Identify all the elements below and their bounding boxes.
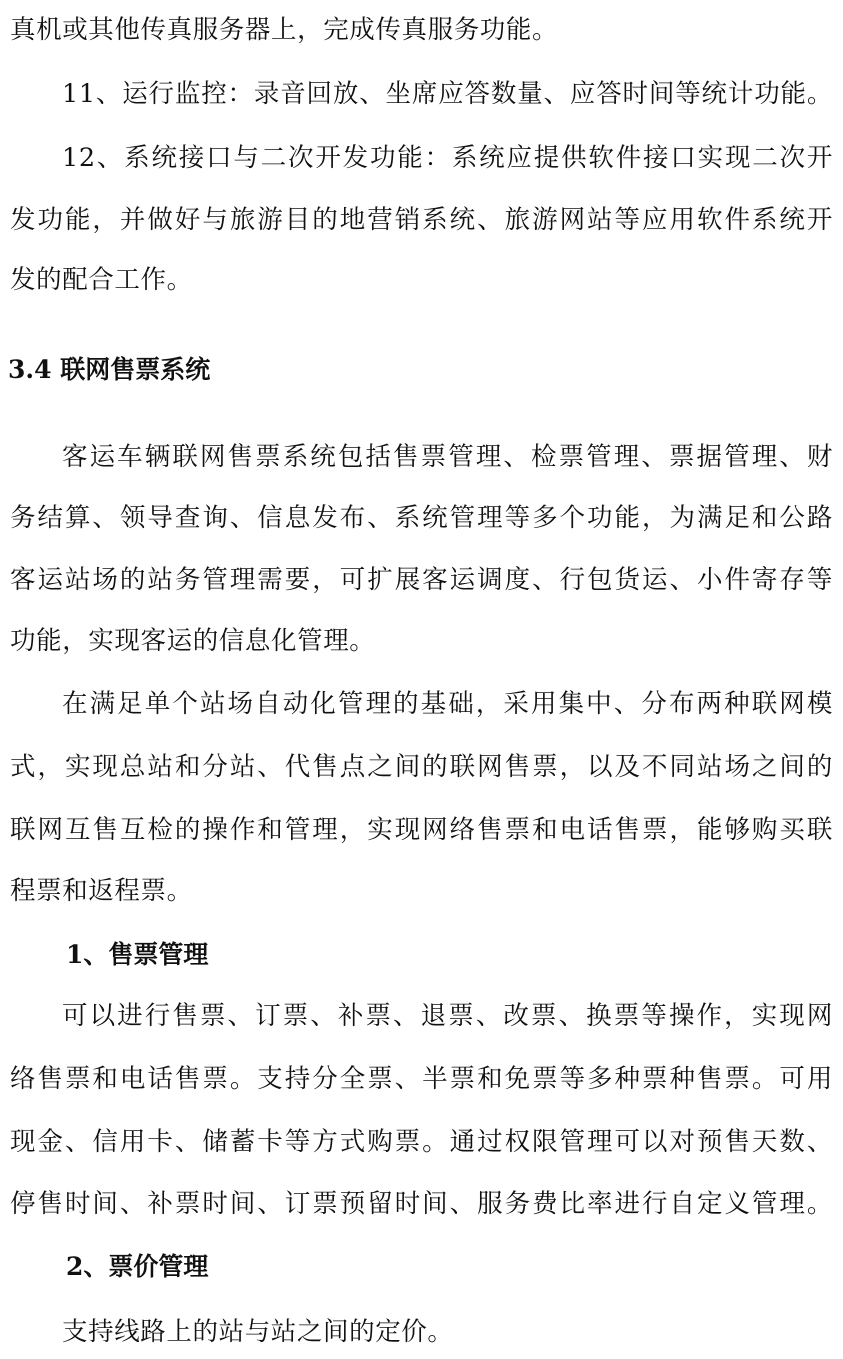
list-item-12-line: 发功能，并做好与旅游目的地营销系统、旅游网站等应用软件系统开 [10,205,833,235]
paragraph-line: 务结算、领导查询、信息发布、系统管理等多个功能，为满足和公路 [10,503,833,533]
list-item-11: 11、运行监控：录音回放、坐席应答数量、应答时间等统计功能。 [62,79,833,109]
paragraph-line: 客运车辆联网售票系统包括售票管理、检票管理、票据管理、财 [62,442,833,472]
paragraph-line: 真机或其他传真服务器上，完成传真服务功能。 [10,15,558,45]
subsection-heading-pricing: 2、票价管理 [66,1252,208,1282]
paragraph-line: 络售票和电话售票。支持分全票、半票和免票等多种票种售票。可用 [10,1064,833,1094]
paragraph-line: 现金、信用卡、储蓄卡等方式购票。通过权限管理可以对预售天数、 [10,1127,833,1157]
paragraph-line: 支持线路上的站与站之间的定价。 [62,1317,454,1347]
section-heading: 3.4 联网售票系统 [8,355,210,385]
list-item-12-line: 发的配合工作。 [10,265,193,295]
paragraph-line: 式，实现总站和分站、代售点之间的联网售票，以及不同站场之间的 [10,752,833,782]
list-item-12-line: 12、系统接口与二次开发功能：系统应提供软件接口实现二次开 [62,143,833,173]
subsection-heading-ticketing: 1、售票管理 [66,940,208,970]
paragraph-line: 程票和返程票。 [10,876,193,906]
paragraph-line: 客运站场的站务管理需要，可扩展客运调度、行包货运、小件寄存等 [10,565,833,595]
paragraph-line: 可以进行售票、订票、补票、退票、改票、换票等操作，实现网 [62,1001,833,1031]
paragraph-line: 功能，实现客运的信息化管理。 [10,626,375,656]
paragraph-line: 联网互售互检的操作和管理，实现网络售票和电话售票，能够购买联 [10,815,833,845]
paragraph-line: 在满足单个站场自动化管理的基础，采用集中、分布两种联网模 [62,689,833,719]
paragraph-line: 停售时间、补票时间、订票预留时间、服务费比率进行自定义管理。 [10,1189,833,1219]
